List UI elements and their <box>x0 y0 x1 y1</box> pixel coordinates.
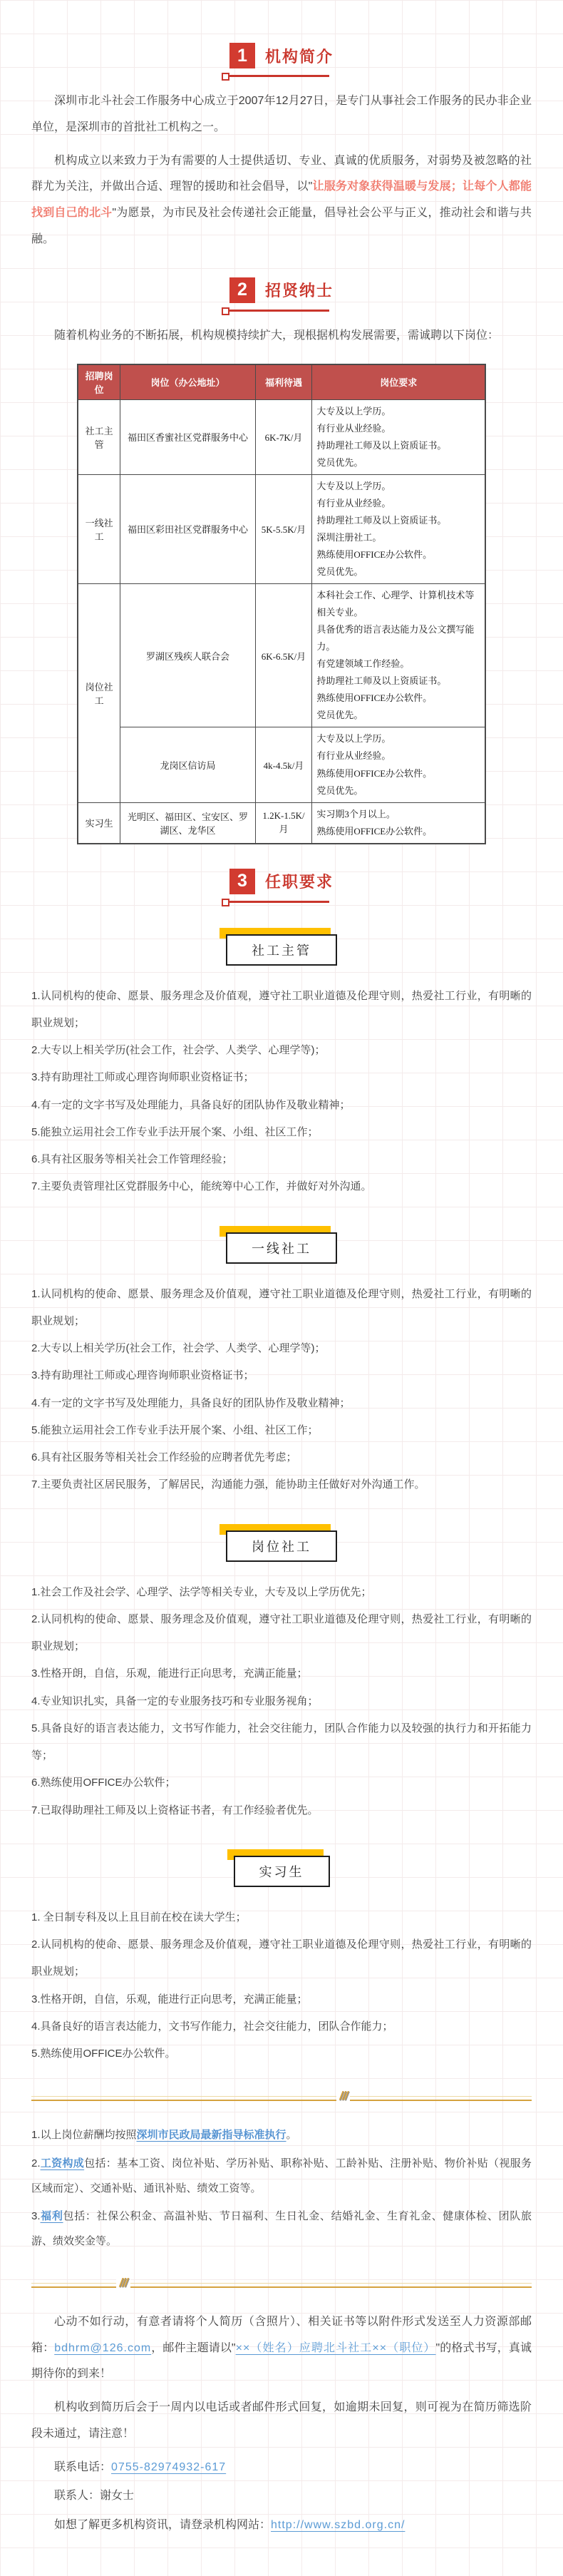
cell-location: 龙岗区信访局 <box>120 727 255 802</box>
column-header-requirements: 岗位要求 <box>312 364 485 400</box>
list-item: 5.能独立运用社会工作专业手法开展个案、小组、社区工作； <box>31 1119 532 1146</box>
policy-standard-link[interactable]: 深圳市民政局最新指导标准执行 <box>137 2129 286 2141</box>
apply-text: ，邮件主题请以" <box>151 2342 235 2354</box>
phone-number-link[interactable]: 0755-82974932-617 <box>111 2461 226 2473</box>
table-row: 龙岗区信访局 4k-4.5k/月 大专及以上学历。 有行业从业经验。 熟练使用O… <box>78 727 485 802</box>
hr-email-link[interactable]: bdhrm@126.com <box>54 2342 151 2354</box>
list-item: 6.熟练使用OFFICE办公软件； <box>31 1769 532 1796</box>
column-header-position: 招聘岗位 <box>78 364 120 400</box>
list-item: 4.有一定的文字书写及处理能力，具备良好的团队协作及敬业精神； <box>31 1092 532 1119</box>
cell-requirements: 本科社会工作、心理学、计算机技术等相关专业。 具备优秀的语言表达能力及公文撰写能… <box>312 584 485 727</box>
cell-requirements: 大专及以上学历。 有行业从业经验。 熟练使用OFFICE办公软件。 党员优先。 <box>312 727 485 802</box>
section-header-requirements: 3 任职要求 <box>31 869 532 903</box>
cell-location: 福田区彩田社区党群服务中心 <box>120 474 255 583</box>
supervisor-requirements-list: 1.认同机构的使命、愿景、服务理念及价值观，遵守社工职业道德及伦理守则，热爱社工… <box>31 983 532 1201</box>
column-header-salary: 福利待遇 <box>255 364 312 400</box>
contact-person-line: 联系人：谢女士 <box>31 2483 532 2510</box>
section-underline-decoration <box>229 310 329 312</box>
subheader-frontline: 一线社工 <box>31 1232 532 1264</box>
gold-divider: /// <box>31 2283 532 2288</box>
list-item: 3.性格开朗，自信，乐观，能进行正向思考，充满正能量； <box>31 1986 532 2013</box>
cell-position: 一线社工 <box>78 474 120 583</box>
list-item: 7.已取得助理社工师及以上资格证书者，有工作经验者优先。 <box>31 1797 532 1824</box>
list-item: 5.熟练使用OFFICE办公软件。 <box>31 2040 532 2068</box>
list-item: 3.持有助理社工师或心理咨询师职业资格证书； <box>31 1064 532 1091</box>
list-item: 7.主要负责管理社区党群服务中心，能统筹中心工作，并做好对外沟通。 <box>31 1173 532 1200</box>
cell-requirements: 实习期3个月以上。 熟练使用OFFICE办公软件。 <box>312 802 485 844</box>
note-text: 3. <box>31 2210 41 2222</box>
subheader-label: 岗位社工 <box>226 1530 337 1562</box>
section-underline-decoration <box>229 75 329 77</box>
list-item: 6.具有社区服务等相关社会工作经验的应聘者优先考虑； <box>31 1444 532 1471</box>
cell-salary: 4k-4.5k/月 <box>255 727 312 802</box>
list-item: 4.有一定的文字书写及处理能力，具备良好的团队协作及敬业精神； <box>31 1390 532 1417</box>
note-text: 。 <box>286 2129 297 2141</box>
list-item: 2.认同机构的使命、愿景、服务理念及价值观，遵守社工职业道德及伦理守则，热爱社工… <box>31 1606 532 1661</box>
salary-composition-link[interactable]: 工资构成 <box>41 2157 85 2169</box>
intern-requirements-list: 1. 全日制专科及以上且目前在校在读大学生； 2.认同机构的使命、愿景、服务理念… <box>31 1904 532 2068</box>
list-item: 6.具有社区服务等相关社会工作管理经验； <box>31 1146 532 1173</box>
gold-divider: /// <box>31 2096 532 2101</box>
subheader-position-sw: 岗位社工 <box>31 1530 532 1562</box>
section-number-badge-3: 3 <box>229 869 255 894</box>
salary-note-1: 1.以上岗位薪酬均按照深圳市民政局最新指导标准执行。 <box>31 2122 532 2147</box>
positions-table: 招聘岗位 岗位（办公地址） 福利待遇 岗位要求 社工主管 福田区香蜜社区党群服务… <box>77 364 486 844</box>
slashes-icon: /// <box>116 2276 130 2290</box>
list-item: 1.认同机构的使命、愿景、服务理念及价值观，遵守社工职业道德及伦理守则，热爱社工… <box>31 983 532 1038</box>
website-label: 如想了解更多机构资讯，请登录机构网站： <box>54 2519 271 2531</box>
cell-location: 福田区香蜜社区党群服务中心 <box>120 399 255 474</box>
table-row: 一线社工 福田区彩田社区党群服务中心 5K-5.5K/月 大专及以上学历。 有行… <box>78 474 485 583</box>
list-item: 4.具备良好的语言表达能力，文书写作能力，社会交往能力，团队合作能力； <box>31 2013 532 2040</box>
list-item: 1. 全日制专科及以上且目前在校在读大学生； <box>31 1904 532 1931</box>
phone-label: 联系电话： <box>54 2461 111 2473</box>
cell-salary: 6K-6.5K/月 <box>255 584 312 727</box>
intro-paragraph-1: 深圳市北斗社会工作服务中心成立于2007年12月27日，是专门从事社会工作服务的… <box>31 88 532 141</box>
slashes-icon: /// <box>336 2089 350 2103</box>
website-line: 如想了解更多机构资讯，请登录机构网站：http://www.szbd.org.c… <box>31 2513 532 2539</box>
cell-position: 岗位社工 <box>78 584 120 803</box>
section-title-intro: 机构简介 <box>265 45 334 67</box>
section-title-recruit: 招贤纳士 <box>265 279 334 301</box>
list-item: 5.具备良好的语言表达能力，文书写作能力，社会交往能力，团队合作能力以及较强的执… <box>31 1715 532 1770</box>
table-row: 岗位社工 罗湖区残疾人联合会 6K-6.5K/月 本科社会工作、心理学、计算机技… <box>78 584 485 727</box>
list-item: 7.主要负责社区居民服务，了解居民，沟通能力强，能协助主任做好对外沟通工作。 <box>31 1471 532 1498</box>
note-text: 1.以上岗位薪酬均按照 <box>31 2129 137 2141</box>
org-website-link[interactable]: http://www.szbd.org.cn/ <box>271 2519 405 2531</box>
section-header-intro: 1 机构简介 <box>31 43 532 77</box>
cell-position: 实习生 <box>78 802 120 844</box>
subheader-intern: 实习生 <box>31 1856 532 1887</box>
section-underline-decoration <box>229 901 329 903</box>
cell-location: 光明区、福田区、宝安区、罗湖区、龙华区 <box>120 802 255 844</box>
apply-paragraph: 心动不如行动，有意者请将个人简历（含照片）、相关证书等以附件形式发送至人力资源部… <box>31 2309 532 2388</box>
contact-phone-line: 联系电话：0755-82974932-617 <box>31 2455 532 2481</box>
section-number-badge-2: 2 <box>229 277 255 303</box>
list-item: 2.大专以上相关学历(社会工作，社会学、人类学、心理学等)； <box>31 1037 532 1064</box>
note-text: 2. <box>31 2157 41 2169</box>
frontline-requirements-list: 1.认同机构的使命、愿景、服务理念及价值观，遵守社工职业道德及伦理守则，热爱社工… <box>31 1281 532 1499</box>
section-number-badge-1: 1 <box>229 43 255 68</box>
list-item: 3.持有助理社工师或心理咨询师职业资格证书； <box>31 1362 532 1389</box>
subheader-label: 社工主管 <box>226 934 337 966</box>
section-title-requirements: 任职要求 <box>265 870 334 892</box>
subheader-label: 一线社工 <box>226 1232 337 1264</box>
list-item: 1.认同机构的使命、愿景、服务理念及价值观，遵守社工职业道德及伦理守则，热爱社工… <box>31 1281 532 1336</box>
column-header-location: 岗位（办公地址） <box>120 364 255 400</box>
cell-requirements: 大专及以上学历。 有行业从业经验。 持助理社工师及以上资质证书。 深圳注册社工。… <box>312 474 485 583</box>
position-sw-requirements-list: 1.社会工作及社会学、心理学、法学等相关专业，大专及以上学历优先； 2.认同机构… <box>31 1579 532 1824</box>
recruit-intro-paragraph: 随着机构业务的不断拓展，机构规模持续扩大，现根据机构发展需要，需诚聘以下岗位： <box>31 323 532 349</box>
section-header-recruit: 2 招贤纳士 <box>31 277 532 312</box>
table-header-row: 招聘岗位 岗位（办公地址） 福利待遇 岗位要求 <box>78 364 485 400</box>
list-item: 3.性格开朗，自信，乐观，能进行正向思考，充满正能量； <box>31 1660 532 1687</box>
note-text: 包括：基本工资、岗位补贴、学历补贴、职称补贴、工龄补贴、注册补贴、物价补贴（视服… <box>31 2157 532 2194</box>
subheader-supervisor: 社工主管 <box>31 934 532 966</box>
cell-position: 社工主管 <box>78 399 120 474</box>
intro-paragraph-2: 机构成立以来致力于为有需要的人士提供适切、专业、真诚的优质服务，对弱势及被忽略的… <box>31 148 532 253</box>
list-item: 2.认同机构的使命、愿景、服务理念及价值观，遵守社工职业道德及伦理守则，热爱社工… <box>31 1931 532 1986</box>
subheader-label: 实习生 <box>234 1856 330 1887</box>
cell-salary: 1.2K-1.5K/月 <box>255 802 312 844</box>
reply-policy-paragraph: 机构收到简历后会于一周内以电话或者邮件形式回复，如逾期未回复，则可视为在简历筛选… <box>31 2395 532 2448</box>
list-item: 1.社会工作及社会学、心理学、法学等相关专业，大专及以上学历优先； <box>31 1579 532 1606</box>
article-page: 1 机构简介 深圳市北斗社会工作服务中心成立于2007年12月27日，是专门从事… <box>0 0 563 2576</box>
table-row: 社工主管 福田区香蜜社区党群服务中心 6K-7K/月 大专及以上学历。 有行业从… <box>78 399 485 474</box>
table-row: 实习生 光明区、福田区、宝安区、罗湖区、龙华区 1.2K-1.5K/月 实习期3… <box>78 802 485 844</box>
salary-note-3: 3.福利包括：社保公积金、高温补贴、节日福利、生日礼金、结婚礼金、生育礼金、健康… <box>31 2204 532 2254</box>
benefits-link[interactable]: 福利 <box>41 2210 63 2222</box>
list-item: 2.大专以上相关学历(社会工作，社会学、人类学、心理学等)； <box>31 1335 532 1362</box>
list-item: 4.专业知识扎实，具备一定的专业服务技巧和专业服务视角； <box>31 1688 532 1715</box>
cell-location: 罗湖区残疾人联合会 <box>120 584 255 727</box>
cell-requirements: 大专及以上学历。 有行业从业经验。 持助理社工师及以上资质证书。 党员优先。 <box>312 399 485 474</box>
cell-salary: 5K-5.5K/月 <box>255 474 312 583</box>
list-item: 5.能独立运用社会工作专业手法开展个案、小组、社区工作； <box>31 1417 532 1444</box>
email-subject-format-link[interactable]: ××（姓名）应聘北斗社工××（职位） <box>236 2342 436 2354</box>
cell-salary: 6K-7K/月 <box>255 399 312 474</box>
salary-note-2: 2.工资构成包括：基本工资、岗位补贴、学历补贴、职称补贴、工龄补贴、注册补贴、物… <box>31 2151 532 2202</box>
note-text: 包括：社保公积金、高温补贴、节日福利、生日礼金、结婚礼金、生育礼金、健康体检、团… <box>31 2210 532 2247</box>
